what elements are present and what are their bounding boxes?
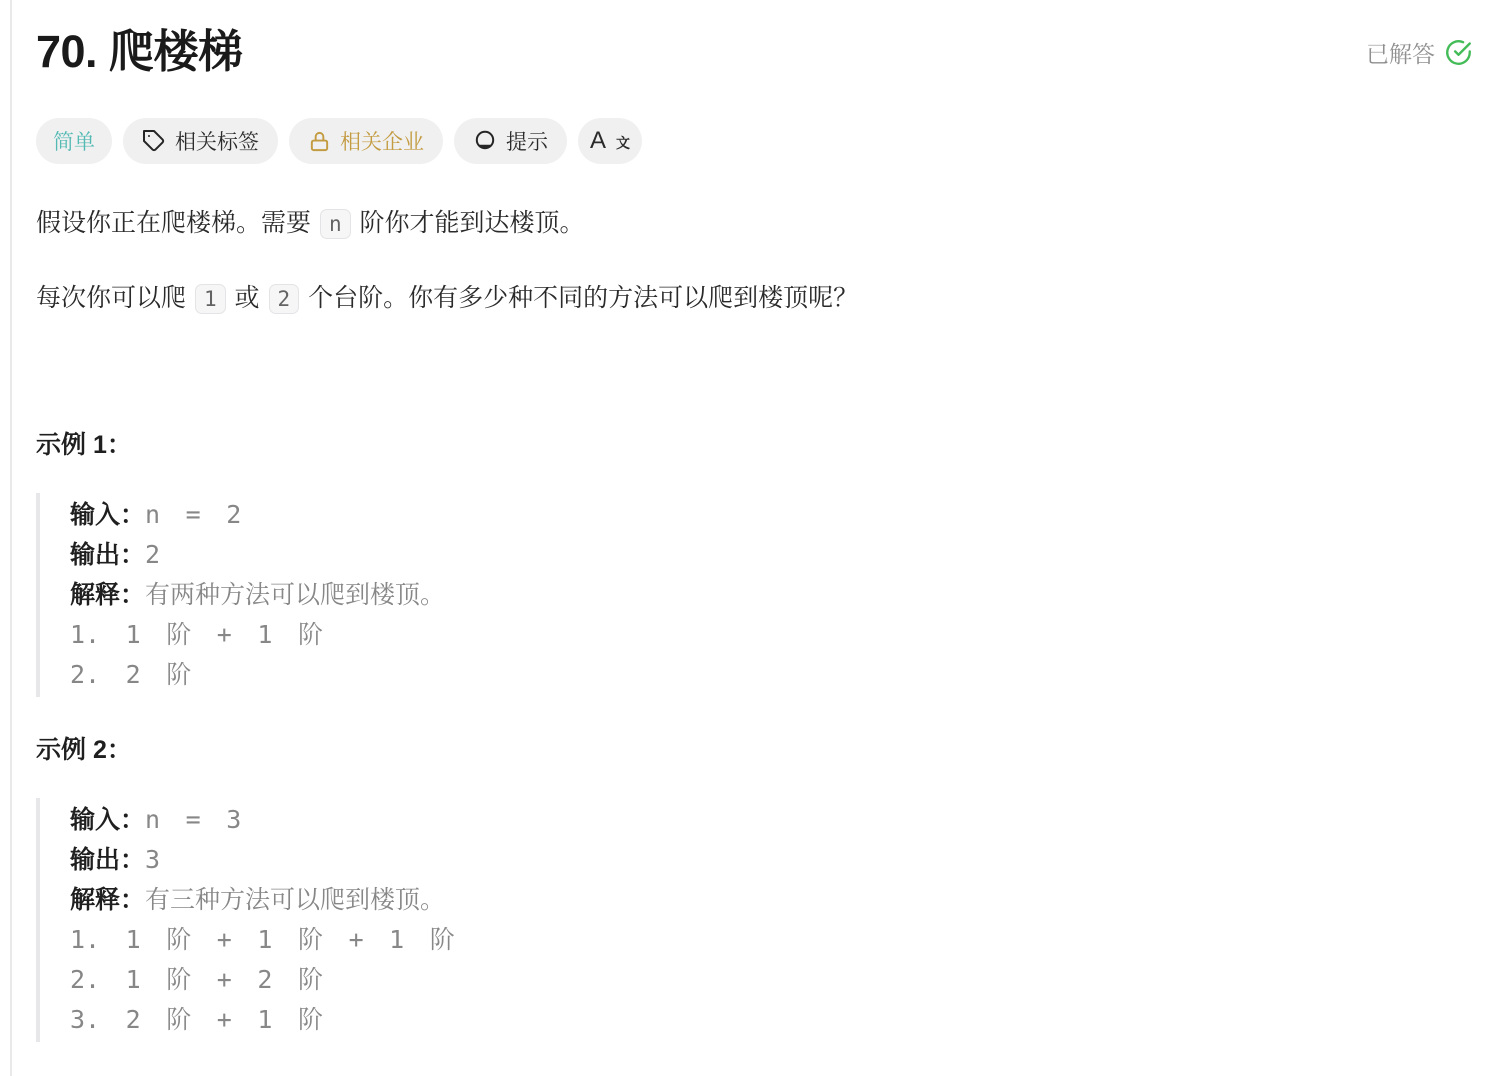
input-label: 输入： [70,501,145,529]
example-line: 输入：n = 2 [70,495,1472,535]
explanation-value: 有两种方法可以爬到楼顶。 [145,580,445,609]
example-line: 2. 2 阶 [70,655,1472,695]
input-value: n = 3 [145,805,241,834]
p2-text-before: 每次你可以爬 [36,284,193,312]
solved-label: 已解答 [1366,36,1435,69]
step-option-1: 1. 1 阶 + 1 阶 [70,620,323,649]
hint-button[interactable]: 提示 [454,118,567,164]
inline-code-2: 2 [269,284,300,314]
page-title: 70. 爬楼梯 [36,24,243,80]
translate-a-glyph: A [590,127,606,155]
inline-code-1: 1 [195,284,226,314]
example-line: 输入：n = 3 [70,800,1472,840]
related-tags-button[interactable]: 相关标签 [123,118,278,164]
p1-text-before: 假设你正在爬楼梯。需要 [36,209,318,237]
output-value: 2 [145,540,160,569]
panel-left-divider [10,0,12,1076]
related-companies-button[interactable]: 相关企业 [289,118,443,164]
p2-text-after: 个台阶。你有多少种不同的方法可以爬到楼顶呢？ [301,284,858,312]
example-line: 3. 2 阶 + 1 阶 [70,1000,1472,1040]
related-tags-label: 相关标签 [175,126,259,156]
p1-text-after: 阶你才能到达楼顶。 [353,209,585,237]
step-option-3: 3. 2 阶 + 1 阶 [70,1005,323,1034]
example-1-block: 输入：n = 2 输出：2 解释：有两种方法可以爬到楼顶。 1. 1 阶 + 1… [36,493,1472,697]
translate-toggle-button[interactable]: A 文 [578,118,642,164]
example-line: 解释：有两种方法可以爬到楼顶。 [70,575,1472,615]
explanation-label: 解释： [70,581,145,609]
example-2-block: 输入：n = 3 输出：3 解释：有三种方法可以爬到楼顶。 1. 1 阶 + 1… [36,798,1472,1042]
example-2-heading: 示例 2： [36,735,1472,766]
translate-wen-glyph: 文 [616,133,630,153]
input-value: n = 2 [145,500,241,529]
step-option-2: 2. 2 阶 [70,660,191,689]
hint-label: 提示 [506,126,548,156]
lock-icon [308,130,331,153]
example-line: 1. 1 阶 + 1 阶 [70,615,1472,655]
description-paragraph-1: 假设你正在爬楼梯。需要 n 阶你才能到达楼顶。 [36,204,1472,243]
tag-icon [142,129,166,153]
output-label: 输出： [70,541,145,569]
example-line: 2. 1 阶 + 2 阶 [70,960,1472,1000]
explanation-value: 有三种方法可以爬到楼顶。 [145,885,445,914]
tags-row: 简单 相关标签 相关企业 [36,118,1472,164]
example-line: 解释：有三种方法可以爬到楼顶。 [70,880,1472,920]
solved-status: 已解答 [1366,36,1472,69]
example-line: 输出：3 [70,840,1472,880]
description-paragraph-2: 每次你可以爬 1 或 2 个台阶。你有多少种不同的方法可以爬到楼顶呢？ [36,279,1472,318]
problem-header: 70. 爬楼梯 已解答 [36,24,1472,80]
check-circle-icon [1445,39,1472,66]
example-1-heading: 示例 1： [36,430,1472,461]
explanation-label: 解释： [70,886,145,914]
inline-code-n: n [320,209,351,239]
related-companies-label: 相关企业 [340,126,424,156]
example-line: 1. 1 阶 + 1 阶 + 1 阶 [70,920,1472,960]
example-line: 输出：2 [70,535,1472,575]
difficulty-badge[interactable]: 简单 [36,118,112,164]
lightbulb-icon [473,129,497,153]
step-option-2: 2. 1 阶 + 2 阶 [70,965,323,994]
output-label: 输出： [70,846,145,874]
p2-text-mid: 或 [228,284,267,312]
output-value: 3 [145,845,160,874]
input-label: 输入： [70,806,145,834]
problem-description-panel: 70. 爬楼梯 已解答 简单 相关标签 [0,0,1512,1042]
step-option-1: 1. 1 阶 + 1 阶 + 1 阶 [70,925,455,954]
